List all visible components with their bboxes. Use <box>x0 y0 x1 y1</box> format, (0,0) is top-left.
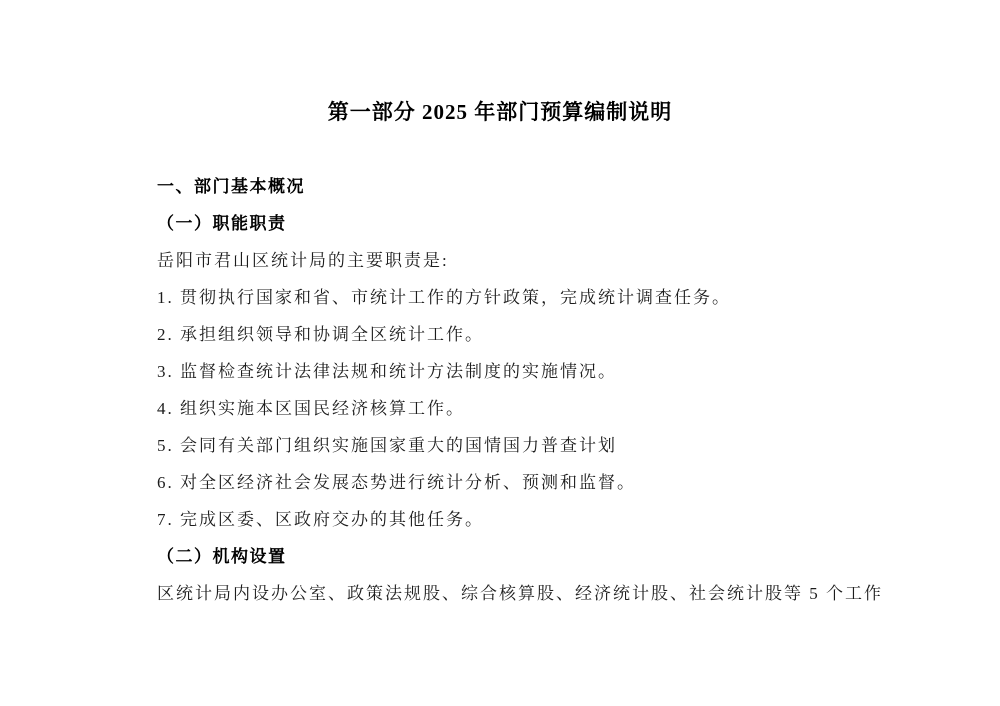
duty-item: 5. 会同有关部门组织实施国家重大的国情国力普查计划 <box>157 427 897 464</box>
duties-intro: 岳阳市君山区统计局的主要职责是: <box>157 242 897 279</box>
document-page: 第一部分 2025 年部门预算编制说明 一、部门基本概况 （一）职能职责 岳阳市… <box>0 0 1000 706</box>
duty-item: 6. 对全区经济社会发展态势进行统计分析、预测和监督。 <box>157 464 897 501</box>
document-body: 一、部门基本概况 （一）职能职责 岳阳市君山区统计局的主要职责是: 1. 贯彻执… <box>157 168 897 612</box>
structure-text: 区统计局内设办公室、政策法规股、综合核算股、经济统计股、社会统计股等 5 个工作 <box>157 575 897 612</box>
subsection-heading-duties: （一）职能职责 <box>157 205 897 242</box>
subsection-heading-structure: （二）机构设置 <box>157 538 897 575</box>
duty-item: 2. 承担组织领导和协调全区统计工作。 <box>157 316 897 353</box>
duty-item: 1. 贯彻执行国家和省、市统计工作的方针政策，完成统计调查任务。 <box>157 279 897 316</box>
duty-item: 7. 完成区委、区政府交办的其他任务。 <box>157 501 897 538</box>
document-title: 第一部分 2025 年部门预算编制说明 <box>0 96 1000 126</box>
duty-item: 3. 监督检查统计法律法规和统计方法制度的实施情况。 <box>157 353 897 390</box>
section-heading-overview: 一、部门基本概况 <box>157 168 897 205</box>
duty-item: 4. 组织实施本区国民经济核算工作。 <box>157 390 897 427</box>
